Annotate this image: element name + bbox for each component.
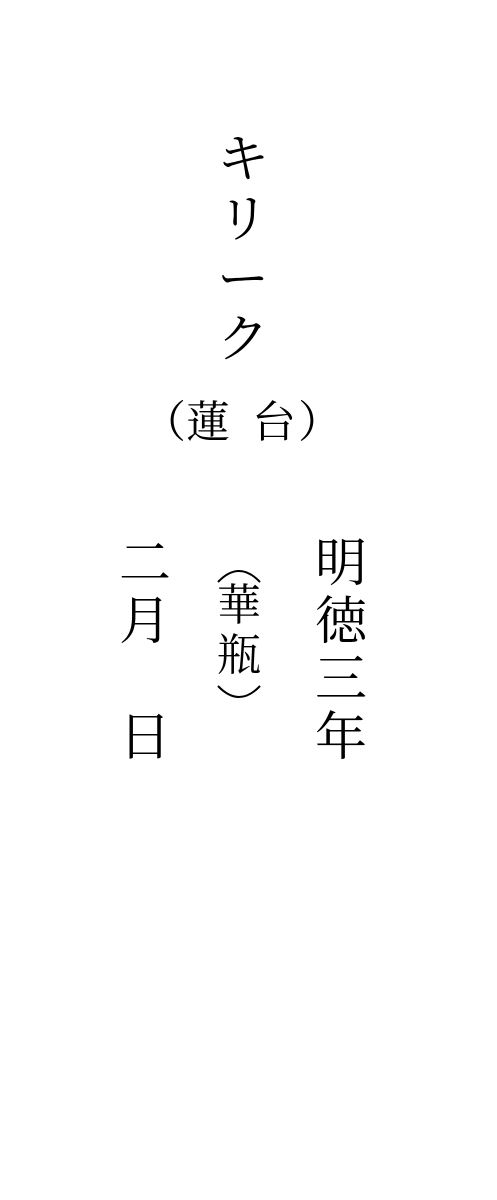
close-paren-vertical	[216, 684, 262, 702]
annotation-char: 瓶	[217, 634, 261, 684]
subtitle-row: （ 蓮 台 ）	[142, 394, 334, 442]
title-char: リ	[217, 194, 269, 254]
close-paren: ）	[298, 386, 334, 450]
subtitle-char: 台	[244, 386, 304, 450]
year-char: 徳	[315, 596, 367, 654]
subtitle-char: 蓮	[178, 386, 238, 450]
open-paren: （	[142, 386, 178, 450]
year-char: 三	[315, 654, 367, 712]
title-char: ー	[217, 254, 269, 314]
title-column: キ リ ー ク	[214, 134, 272, 374]
year-char: 年	[315, 712, 367, 770]
title-char: ク	[217, 314, 269, 374]
date-year-column: 明 徳 三 年	[313, 538, 369, 770]
annotation-column: 華 瓶	[214, 566, 264, 702]
day-char: 日	[119, 712, 171, 770]
month-char: 二	[119, 538, 171, 596]
annotation-char: 華	[217, 584, 261, 634]
title-char: キ	[217, 134, 269, 194]
date-month-column: 二 月 日	[117, 538, 173, 770]
year-char: 明	[315, 538, 367, 596]
month-char: 月	[119, 596, 171, 654]
